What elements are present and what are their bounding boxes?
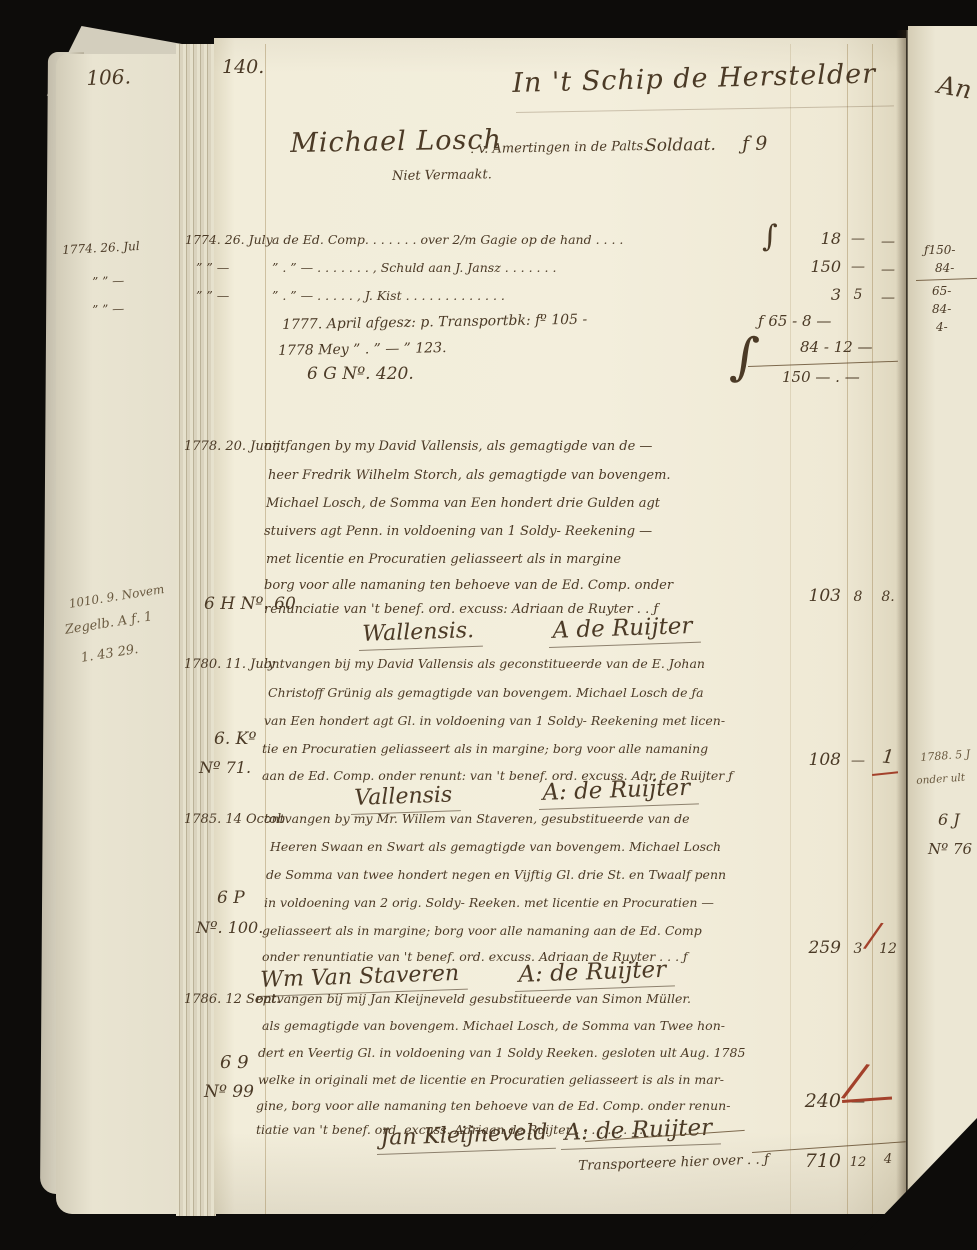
debit-row-date: ” ” — (196, 290, 229, 303)
debit-row-date: ” ” — (196, 262, 229, 275)
transport-amount: ƒ 65 - 8 — (758, 314, 831, 329)
entry-line: welke in originali met de licentie en Pr… (258, 1074, 724, 1087)
entry-line: ontvangen by my Mr. Willem van Staveren,… (264, 813, 690, 826)
amount-guilders: 108 (779, 750, 841, 770)
amount-guilders: 710 (779, 1150, 841, 1172)
soldier-rank: Soldaat. (645, 137, 716, 155)
entry-line: als gemagtigde van bovengem. Michael Los… (262, 1020, 725, 1033)
amount-stuivers: 8 (845, 589, 871, 605)
amount-stuivers: — (845, 753, 871, 769)
left-margin-note-line: 1010. 9. Novem (68, 583, 165, 610)
right-sum-row: ƒ150- (924, 244, 955, 256)
right-sum-rule (916, 278, 977, 281)
right-sum-row: 84- (935, 262, 954, 274)
debit-row-date: 1774. 26. July (185, 234, 273, 247)
not-bequeathed-note: Niet Vermaakt. (392, 168, 492, 183)
entry-margin-ref: Nº. 100. (196, 920, 263, 936)
left-edge-row: ” ” — (92, 274, 124, 288)
sum-brace: ∫ (729, 330, 761, 385)
entry-margin-ref: 6. Kº (214, 731, 256, 748)
entry-line: tie en Procuratien geliasseert als in ma… (262, 743, 708, 756)
left-edge-row: 1774. 26. Jul (62, 240, 140, 256)
witness-signature: A: de Ruijter (538, 774, 699, 810)
left-page-number: 106. (86, 66, 131, 88)
entry-line: in voldoening van 2 orig. Soldy- Reeken.… (264, 897, 714, 910)
amount-stuivers: — (845, 231, 871, 247)
main-page-number: 140. (222, 58, 264, 77)
debit-row-text: ” . ” — . . . . . , J. Kist . . . . . . … (272, 290, 505, 303)
soldier-wage: ƒ 9 (742, 135, 767, 154)
left-edge-row: ” ” — (92, 302, 124, 316)
amount-stuivers: — (845, 259, 871, 275)
entry-line: dert en Veertig Gl. in voldoening van 1 … (258, 1047, 745, 1060)
entry-line: van Een hondert agt Gl. in voldoening va… (264, 715, 725, 728)
entry-line: Michael Losch, de Somma van Een hondert … (266, 497, 660, 510)
previous-page-edge: 106. 1774. 26. Jul ” ” — ” ” — 1010. 9. … (56, 54, 178, 1214)
amount-guilders: 103 (779, 586, 841, 606)
amount-column-rule (872, 44, 873, 1214)
entry-margin-ref: 6 H Nº. 60 (204, 596, 296, 613)
left-margin-note-line: Zegelb. A ƒ. 1 (64, 610, 153, 637)
amount-column-rule (847, 44, 848, 1214)
entry-line: borg voor alle namaning ten behoeve van … (264, 579, 673, 592)
entry-line: geliasseert als in margine; borg voor al… (262, 925, 702, 938)
entry-line: stuivers agt Penn. in voldoening van 1 S… (264, 525, 652, 538)
right-header-fragment: An (936, 72, 974, 103)
debit-row-text: ” . ” — . . . . . . . , Schuld aan J. Ja… (272, 262, 556, 275)
debit-row-text: a de Ed. Comp. . . . . . . over 2/m Gagi… (272, 234, 623, 247)
entry-line: Christoff Grünig als gemagtigde van bove… (268, 687, 704, 700)
entry-margin-ref: 6 P (217, 890, 245, 907)
amount-guilders: 18 (779, 229, 841, 248)
entry-date: 1780. 11. July (184, 658, 275, 671)
amount-guilders: 259 (779, 938, 841, 958)
entry-line: ontfangen by my David Vallensis, als gem… (264, 440, 652, 453)
ledger-book-scan: 106. 1774. 26. Jul ” ” — ” ” — 1010. 9. … (0, 0, 977, 1250)
currency-bracket: ∫ (762, 222, 778, 252)
right-margin-ref: Nº 76 (928, 842, 972, 857)
amount-guilders: 150 (779, 257, 841, 276)
next-page-edge: An ƒ150- 84- 65- 84- 4- 1788. 5 J onder … (908, 26, 977, 1190)
entry-line: Heeren Swaan en Swart als gemagtigde van… (270, 841, 721, 854)
witness-signature: A de Ruijter (548, 613, 701, 648)
entry-line: heer Fredrik Wilhelm Storch, als gemagti… (268, 469, 671, 482)
transport-ref: 6 G Nº. 420. (307, 366, 414, 383)
amount-guilders: 240 (779, 1090, 841, 1112)
right-margin-ref: 6 J (938, 812, 960, 828)
amount-guilders: 3 (779, 285, 841, 304)
entry-margin-ref: Nº 99 (204, 1084, 254, 1101)
receiver-signature: Wallensis. (358, 618, 483, 651)
entry-margin-ref: 6 9 (220, 1054, 249, 1072)
entry-line: ontvangen bij mij Jan Kleijneveld gesubs… (256, 993, 691, 1006)
witness-signature: A: de Ruijter (514, 956, 675, 992)
page-edge-stack (176, 44, 216, 1216)
entry-line: de Somma van twee hondert negen en Vijft… (266, 869, 726, 882)
transport-amount: 84 - 12 — (800, 340, 873, 355)
entry-line: gine, borg voor alle namaning ten behoev… (256, 1100, 730, 1113)
right-note-line: onder ult (916, 773, 965, 787)
transport-total: 150 — . — (782, 370, 860, 385)
amount-stuivers: 5 (845, 287, 871, 303)
left-margin-note-line: 1. 43 29. (80, 643, 139, 665)
right-sum-row: 84- (932, 303, 951, 315)
soldier-origin: . v. Amertingen in de Palts. (470, 140, 647, 156)
right-sum-row: 4- (936, 321, 948, 333)
entry-line: renunciatie van 't benef. ord. excuss: A… (264, 603, 658, 616)
amount-column-rule (790, 44, 791, 1214)
transport-row: 1778 Mey ” . ” — ” 123. (278, 341, 447, 358)
right-note-line: 1788. 5 J (920, 749, 971, 763)
margin-rule (265, 44, 266, 1214)
right-sum-row: 65- (932, 285, 951, 297)
amount-stuivers: 12 (845, 1155, 871, 1170)
entry-line: met licentie en Procuratien geliasseert … (266, 553, 621, 566)
entry-margin-ref: Nº 71. (199, 760, 251, 776)
entry-line: ontvangen bij my David Vallensis als gec… (264, 658, 705, 671)
